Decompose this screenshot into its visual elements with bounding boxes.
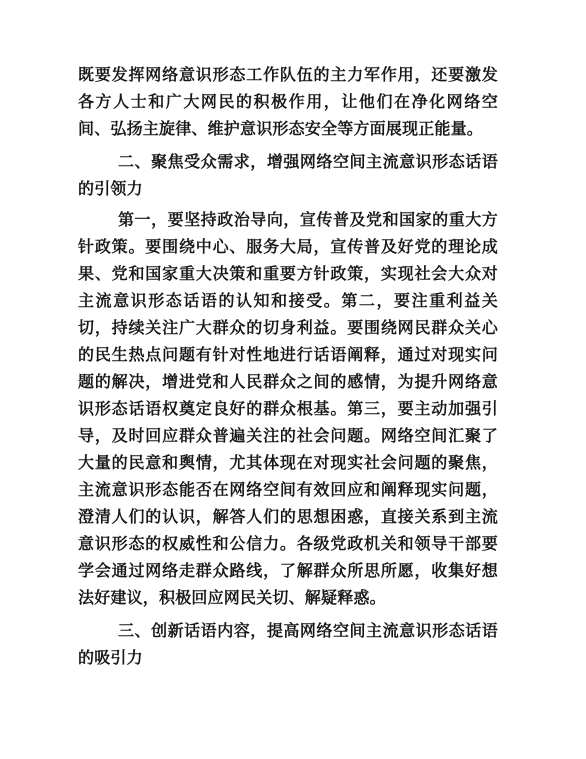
section-heading-2: 二、聚焦受众需求，增强网络空间主流意识形态话语的引领力 xyxy=(78,149,498,203)
body-paragraph: 第一，要坚持政治导向，宣传普及党和国家的重大方针政策。要围绕中心、服务大局，宣传… xyxy=(78,207,498,612)
document-page: 既要发挥网络意识形态工作队伍的主力军作用，还要激发各方人士和广大网民的积极作用，… xyxy=(0,0,586,759)
section-heading-3: 三、创新话语内容，提高网络空间主流意识形态话语的吸引力 xyxy=(78,618,498,672)
paragraph-continuation: 既要发挥网络意识形态工作队伍的主力军作用，还要激发各方人士和广大网民的积极作用，… xyxy=(78,62,498,143)
